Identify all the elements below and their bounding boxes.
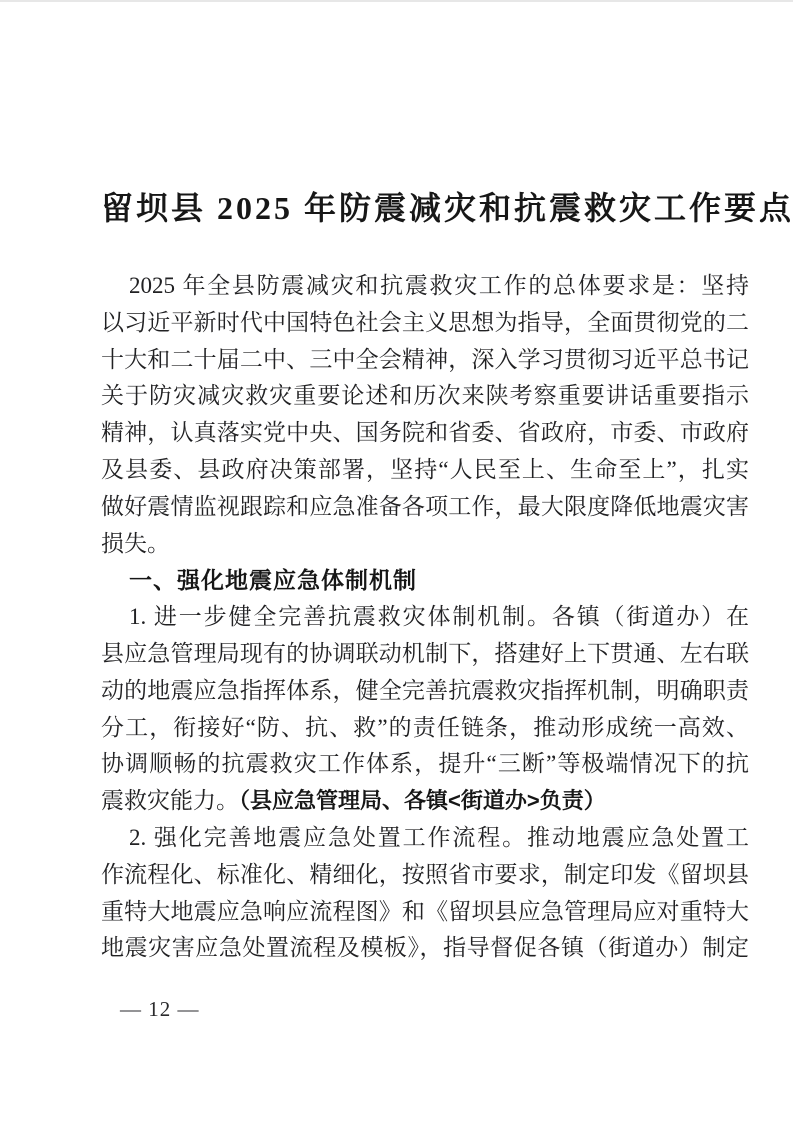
text-line: 分工，衔接好“防、抗、救”的责任链条，推动形成统一高效、 xyxy=(101,710,749,747)
text-line: 县应急管理局现有的协调联动机制下，搭建好上下贯通、左右联 xyxy=(101,636,749,673)
text-line: 作流程化、标准化、精细化，按照省市要求，制定印发《留坝县 xyxy=(101,857,749,894)
text-line: 损失。 xyxy=(101,526,749,563)
text-line: 地震灾害应急处置流程及模板》，指导督促各镇（街道办）制定 xyxy=(101,930,749,967)
text-line-segment: 震救灾能力。 xyxy=(101,788,239,813)
text-line: 精神，认真落实党中央、国务院和省委、省政府，市委、市政府 xyxy=(101,415,749,452)
text-line: 及县委、县政府决策部署，坚持“人民至上、生命至上”，扎实 xyxy=(101,452,749,489)
text-line: 1. 进一步健全完善抗震救灾体制机制。各镇（街道办）在 xyxy=(101,599,749,636)
document-body: 2025 年全县防震减灾和抗震救灾工作的总体要求是：坚持 以习近平新时代中国特色… xyxy=(101,268,749,967)
text-line: 重特大地震应急响应流程图》和《留坝县应急管理局应对重特大 xyxy=(101,894,749,931)
text-line: 震救灾能力。（县应急管理局、各镇<街道办>负责） xyxy=(101,783,749,820)
text-line: 动的地震应急指挥体系，健全完善抗震救灾指挥机制，明确职责 xyxy=(101,673,749,710)
section-heading: 一、强化地震应急体制机制 xyxy=(101,562,749,599)
text-line: 十大和二十届二中、三中全会精神，深入学习贯彻习近平总书记 xyxy=(101,342,749,379)
text-line: 2. 强化完善地震应急处置工作流程。推动地震应急处置工 xyxy=(101,820,749,857)
document-title: 留坝县 2025 年防震减灾和抗震救灾工作要点 xyxy=(101,183,749,229)
responsibility-note: （县应急管理局、各镇<街道办>负责） xyxy=(239,788,606,813)
page-number: — 12 — xyxy=(120,997,200,1022)
document-page: 留坝县 2025 年防震减灾和抗震救灾工作要点 2025 年全县防震减灾和抗震救… xyxy=(0,0,793,1122)
text-line: 做好震情监视跟踪和应急准备各项工作，最大限度降低地震灾害 xyxy=(101,489,749,526)
text-line: 关于防灾减灾救灾重要论述和历次来陕考察重要讲话重要指示 xyxy=(101,378,749,415)
text-line: 2025 年全县防震减灾和抗震救灾工作的总体要求是：坚持 xyxy=(101,268,749,305)
text-line: 以习近平新时代中国特色社会主义思想为指导，全面贯彻党的二 xyxy=(101,305,749,342)
text-line: 协调顺畅的抗震救灾工作体系，提升“三断”等极端情况下的抗 xyxy=(101,746,749,783)
